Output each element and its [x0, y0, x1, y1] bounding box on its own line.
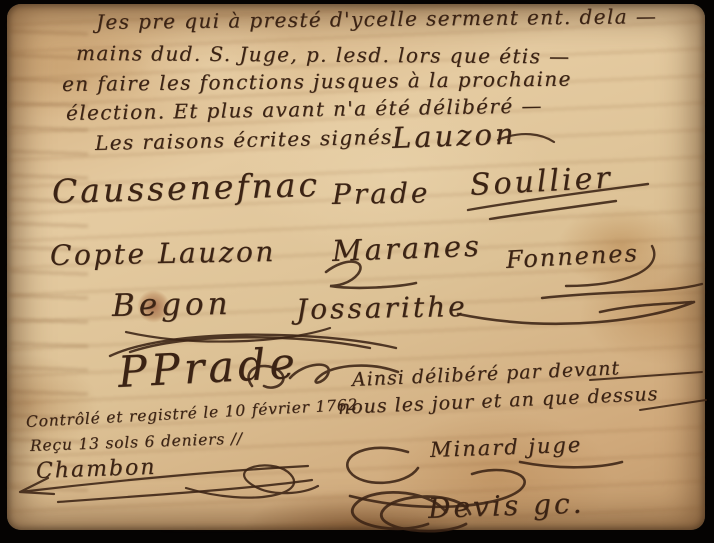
signature-pprade-large: PPrade: [117, 339, 300, 398]
signature-jossarithe: Jossarithe: [296, 290, 468, 326]
signature-lauzon-inline: Lauzon: [391, 117, 517, 155]
signature-prade-small: Prade: [332, 176, 431, 211]
scanned-manuscript-page: Jes pre qui à presté d'ycelle serment en…: [0, 0, 714, 543]
signature-chambon: Chambon: [36, 455, 157, 484]
manuscript-line-2: mains dud. S. Juge, p. lesd. lors que ét…: [76, 41, 571, 68]
signature-caussenefnac: Caussenefnac: [51, 165, 320, 211]
signature-devis-clerk: Devis gc.: [427, 487, 585, 525]
signature-begon: Begon: [112, 286, 232, 324]
signature-copte-lauzon: Copte Lauzon: [50, 235, 276, 272]
signature-maranes: Maranes: [331, 229, 482, 268]
signature-soullier: Soullier: [469, 161, 613, 203]
